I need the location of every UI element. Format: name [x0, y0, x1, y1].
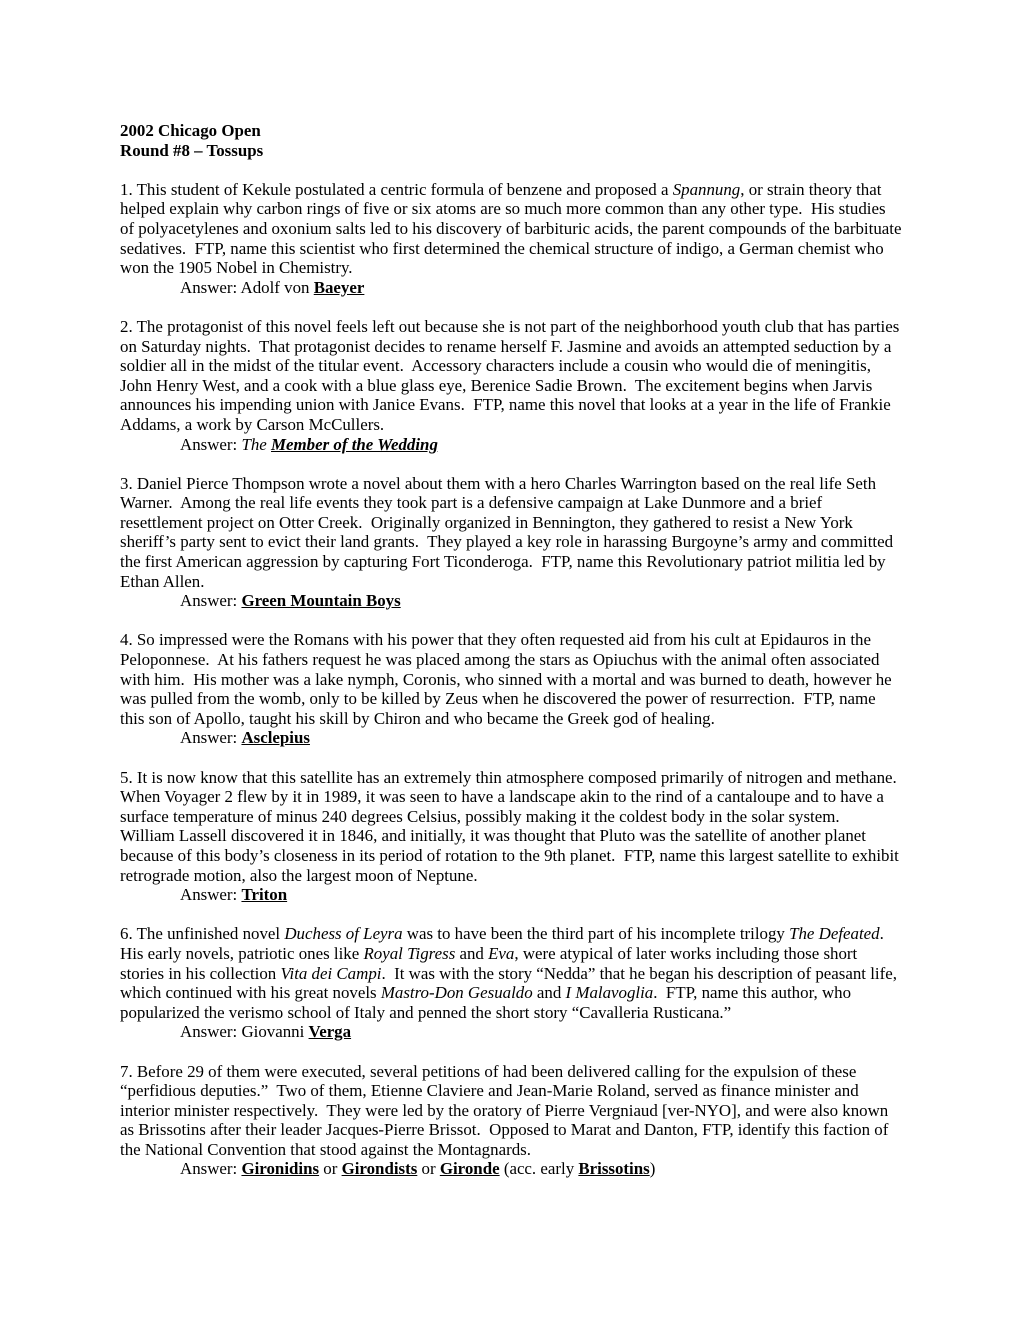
question-block-3: 3. Daniel Pierce Thompson wrote a novel … — [120, 474, 902, 611]
document-header: 2002 Chicago Open Round #8 – Tossups — [120, 121, 902, 160]
text-run: Royal Tigress — [363, 944, 455, 963]
text-run: Answer: — [180, 1159, 241, 1178]
answer-line: Answer: Adolf von Baeyer — [120, 278, 902, 298]
text-run: 7. Before 29 of them were executed, seve… — [120, 1062, 893, 1159]
document-page: 2002 Chicago Open Round #8 – Tossups 1. … — [0, 0, 1020, 1320]
text-run: or — [417, 1159, 440, 1178]
answer-line: Answer: Triton — [120, 885, 902, 905]
text-run: Answer: Adolf von — [180, 278, 314, 297]
text-run: The Defeated — [789, 924, 880, 943]
text-run: Spannung — [673, 180, 741, 199]
question-text: 5. It is now know that this satellite ha… — [120, 768, 902, 886]
question-block-5: 5. It is now know that this satellite ha… — [120, 768, 902, 905]
text-run: Asclepius — [241, 728, 310, 747]
text-run: 5. It is now know that this satellite ha… — [120, 768, 905, 885]
text-run: The — [241, 435, 271, 454]
text-run: or — [319, 1159, 342, 1178]
text-run: Eva — [488, 944, 514, 963]
text-run: and — [533, 983, 566, 1002]
question-block-4: 4. So impressed were the Romans with his… — [120, 630, 902, 748]
question-block-1: 1. This student of Kekule postulated a c… — [120, 180, 902, 298]
question-block-2: 2. The protagonist of this novel feels l… — [120, 317, 902, 454]
question-text: 2. The protagonist of this novel feels l… — [120, 317, 902, 435]
text-run: and — [455, 944, 488, 963]
text-run: Answer: — [180, 435, 241, 454]
text-run: Girondists — [342, 1159, 418, 1178]
text-run: Member of the Wedding — [271, 435, 438, 454]
text-run: 6. The unfinished novel — [120, 924, 284, 943]
text-run: Triton — [241, 885, 287, 904]
text-run: was to have been the third part of his i… — [403, 924, 790, 943]
questions-list: 1. This student of Kekule postulated a c… — [120, 180, 902, 1179]
answer-line: Answer: Gironidins or Girondists or Giro… — [120, 1159, 902, 1179]
text-run: (acc. early — [500, 1159, 579, 1178]
text-run: Gironidins — [241, 1159, 319, 1178]
answer-line: Answer: The Member of the Wedding — [120, 435, 902, 455]
text-run: Green Mountain Boys — [241, 591, 400, 610]
answer-line: Answer: Asclepius — [120, 728, 902, 748]
text-run: Vita dei Campi — [280, 964, 381, 983]
text-run: Answer: — [180, 728, 241, 747]
text-run: 1. This student of Kekule postulated a c… — [120, 180, 673, 199]
text-run: 2. The protagonist of this novel feels l… — [120, 317, 904, 434]
question-text: 4. So impressed were the Romans with his… — [120, 630, 902, 728]
text-run: Gironde — [440, 1159, 500, 1178]
text-run: Mastro-Don Gesualdo — [381, 983, 533, 1002]
text-run: Verga — [309, 1022, 352, 1041]
answer-line: Answer: Green Mountain Boys — [120, 591, 902, 611]
question-text: 1. This student of Kekule postulated a c… — [120, 180, 902, 278]
doc-title: 2002 Chicago Open — [120, 121, 902, 141]
text-run: 3. Daniel Pierce Thompson wrote a novel … — [120, 474, 897, 591]
question-block-6: 6. The unfinished novel Duchess of Leyra… — [120, 924, 902, 1042]
text-run: 4. So impressed were the Romans with his… — [120, 630, 896, 727]
text-run: Answer: — [180, 591, 241, 610]
question-text: 6. The unfinished novel Duchess of Leyra… — [120, 924, 902, 1022]
answer-line: Answer: Giovanni Verga — [120, 1022, 902, 1042]
doc-subtitle: Round #8 – Tossups — [120, 141, 902, 161]
text-run: ) — [650, 1159, 656, 1178]
question-text: 3. Daniel Pierce Thompson wrote a novel … — [120, 474, 902, 592]
text-run: I Malavoglia — [566, 983, 654, 1002]
text-run: Duchess of Leyra — [284, 924, 402, 943]
text-run: Baeyer — [314, 278, 365, 297]
text-run: Answer: — [180, 885, 241, 904]
question-text: 7. Before 29 of them were executed, seve… — [120, 1062, 902, 1160]
question-block-7: 7. Before 29 of them were executed, seve… — [120, 1062, 902, 1180]
text-run: Brissotins — [578, 1159, 649, 1178]
text-run: Answer: Giovanni — [180, 1022, 309, 1041]
